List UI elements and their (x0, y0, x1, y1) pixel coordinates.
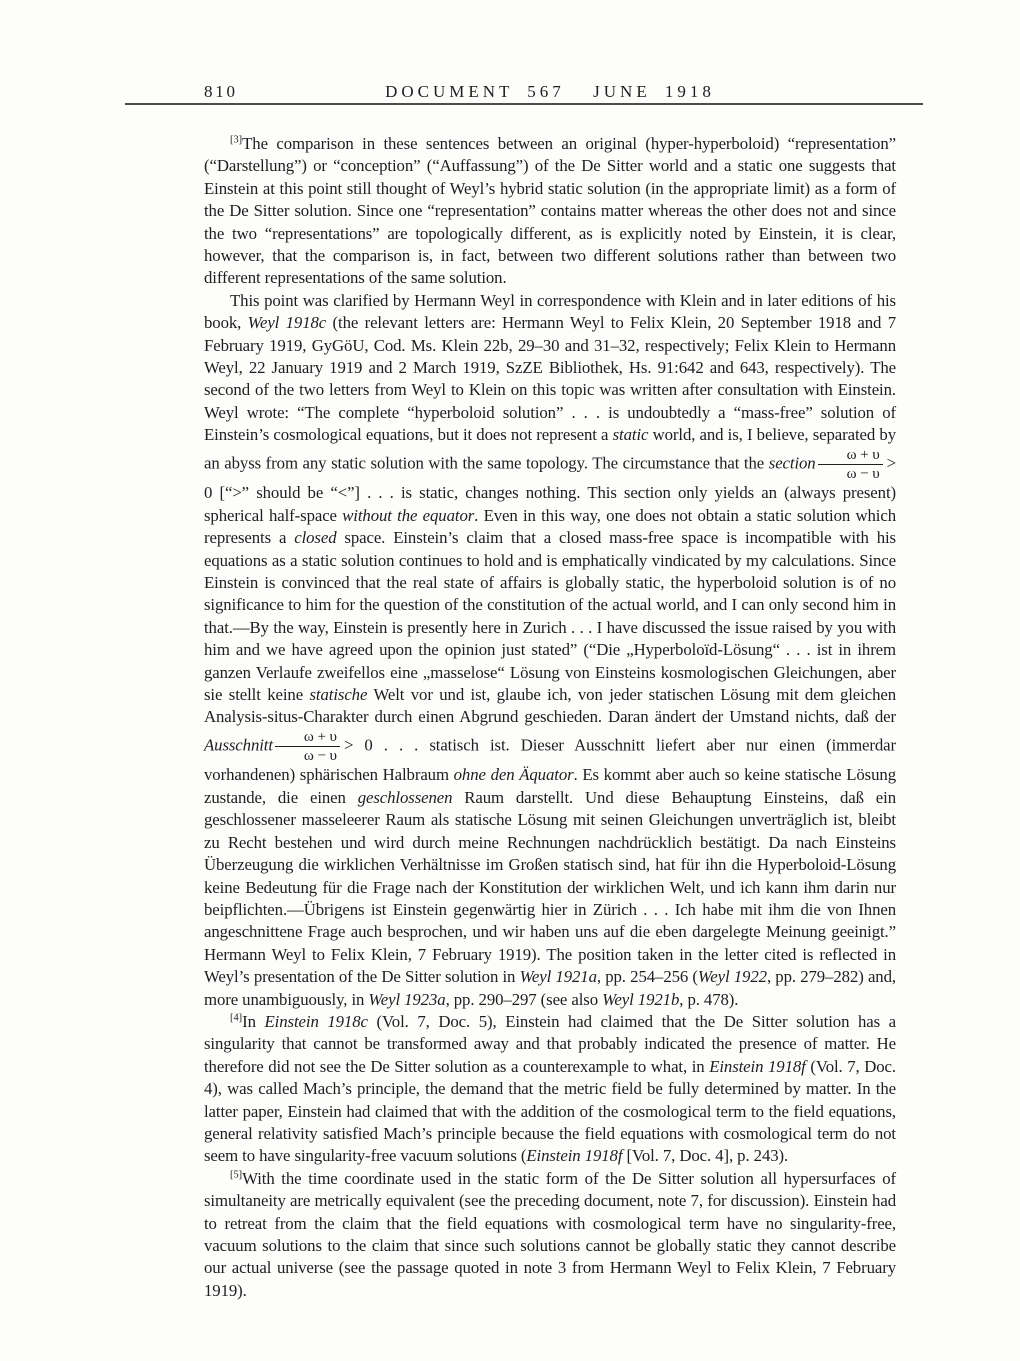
page-header: 810 DOCUMENT 567 JUNE 1918 (204, 82, 896, 102)
fraction-omega-upsilon: ω + υω − υ (818, 447, 883, 483)
italic-text: Weyl 1918c (248, 313, 327, 332)
italic-text: Einstein 1918c (265, 1012, 368, 1031)
italic-text: geschlossenen (358, 788, 453, 807)
footnotes-text: [3]The comparison in these sentences bet… (204, 133, 896, 1302)
italic-text: Ausschnitt (204, 736, 273, 755)
body-text: , pp. 290–297 (see also (446, 990, 603, 1009)
fraction-denominator: ω − υ (818, 465, 883, 482)
body-text: , p. 478). (679, 990, 738, 1009)
italic-text: section (769, 453, 816, 472)
page-number: 810 (204, 82, 238, 102)
body-text: [Vol. 7, Doc. 4], p. 243). (622, 1146, 788, 1165)
body-text: The comparison in these sentences betwee… (204, 134, 896, 287)
header-rule (125, 103, 923, 105)
italic-text: without the equator (342, 506, 474, 525)
body-text: With the time coordinate used in the sta… (204, 1169, 896, 1300)
italic-text: Weyl 1922 (698, 967, 767, 986)
fraction-numerator: ω + υ (275, 729, 340, 747)
running-head: DOCUMENT 567 JUNE 1918 (385, 82, 715, 101)
footnote-marker: [4] (230, 1012, 242, 1023)
italic-text: Weyl 1921b (602, 990, 679, 1009)
book-page: 810 DOCUMENT 567 JUNE 1918 [3]The compar… (0, 0, 1020, 1361)
body-text: space. Einstein’s claim that a closed ma… (204, 528, 896, 704)
italic-text: Einstein 1918f (709, 1057, 806, 1076)
fraction-omega-upsilon: ω + υω − υ (275, 729, 340, 765)
fraction-numerator: ω + υ (818, 447, 883, 465)
footnote-marker: [5] (230, 1169, 242, 1180)
footnote-paragraph: [3]The comparison in these sentences bet… (204, 133, 896, 290)
footnote-paragraph: [4]In Einstein 1918c (Vol. 7, Doc. 5), E… (204, 1011, 896, 1168)
body-text: In (242, 1012, 264, 1031)
italic-text: Einstein 1918f (526, 1146, 622, 1165)
footnote-paragraph: [5]With the time coordinate used in the … (204, 1168, 896, 1302)
footnote-paragraph: This point was clarified by Hermann Weyl… (204, 290, 896, 1011)
footnote-marker: [3] (230, 134, 242, 145)
italic-text: Weyl 1921a (520, 967, 597, 986)
body-text: Raum darstellt. Und diese Behauptung Ein… (204, 788, 896, 986)
fraction-denominator: ω − υ (275, 747, 340, 764)
italic-text: Weyl 1923a (368, 990, 445, 1009)
italic-text: static (613, 425, 649, 444)
italic-text: ohne den Äquator (454, 765, 574, 784)
italic-text: statische (310, 685, 368, 704)
italic-text: closed (294, 528, 336, 547)
body-text: , pp. 254–256 ( (597, 967, 698, 986)
